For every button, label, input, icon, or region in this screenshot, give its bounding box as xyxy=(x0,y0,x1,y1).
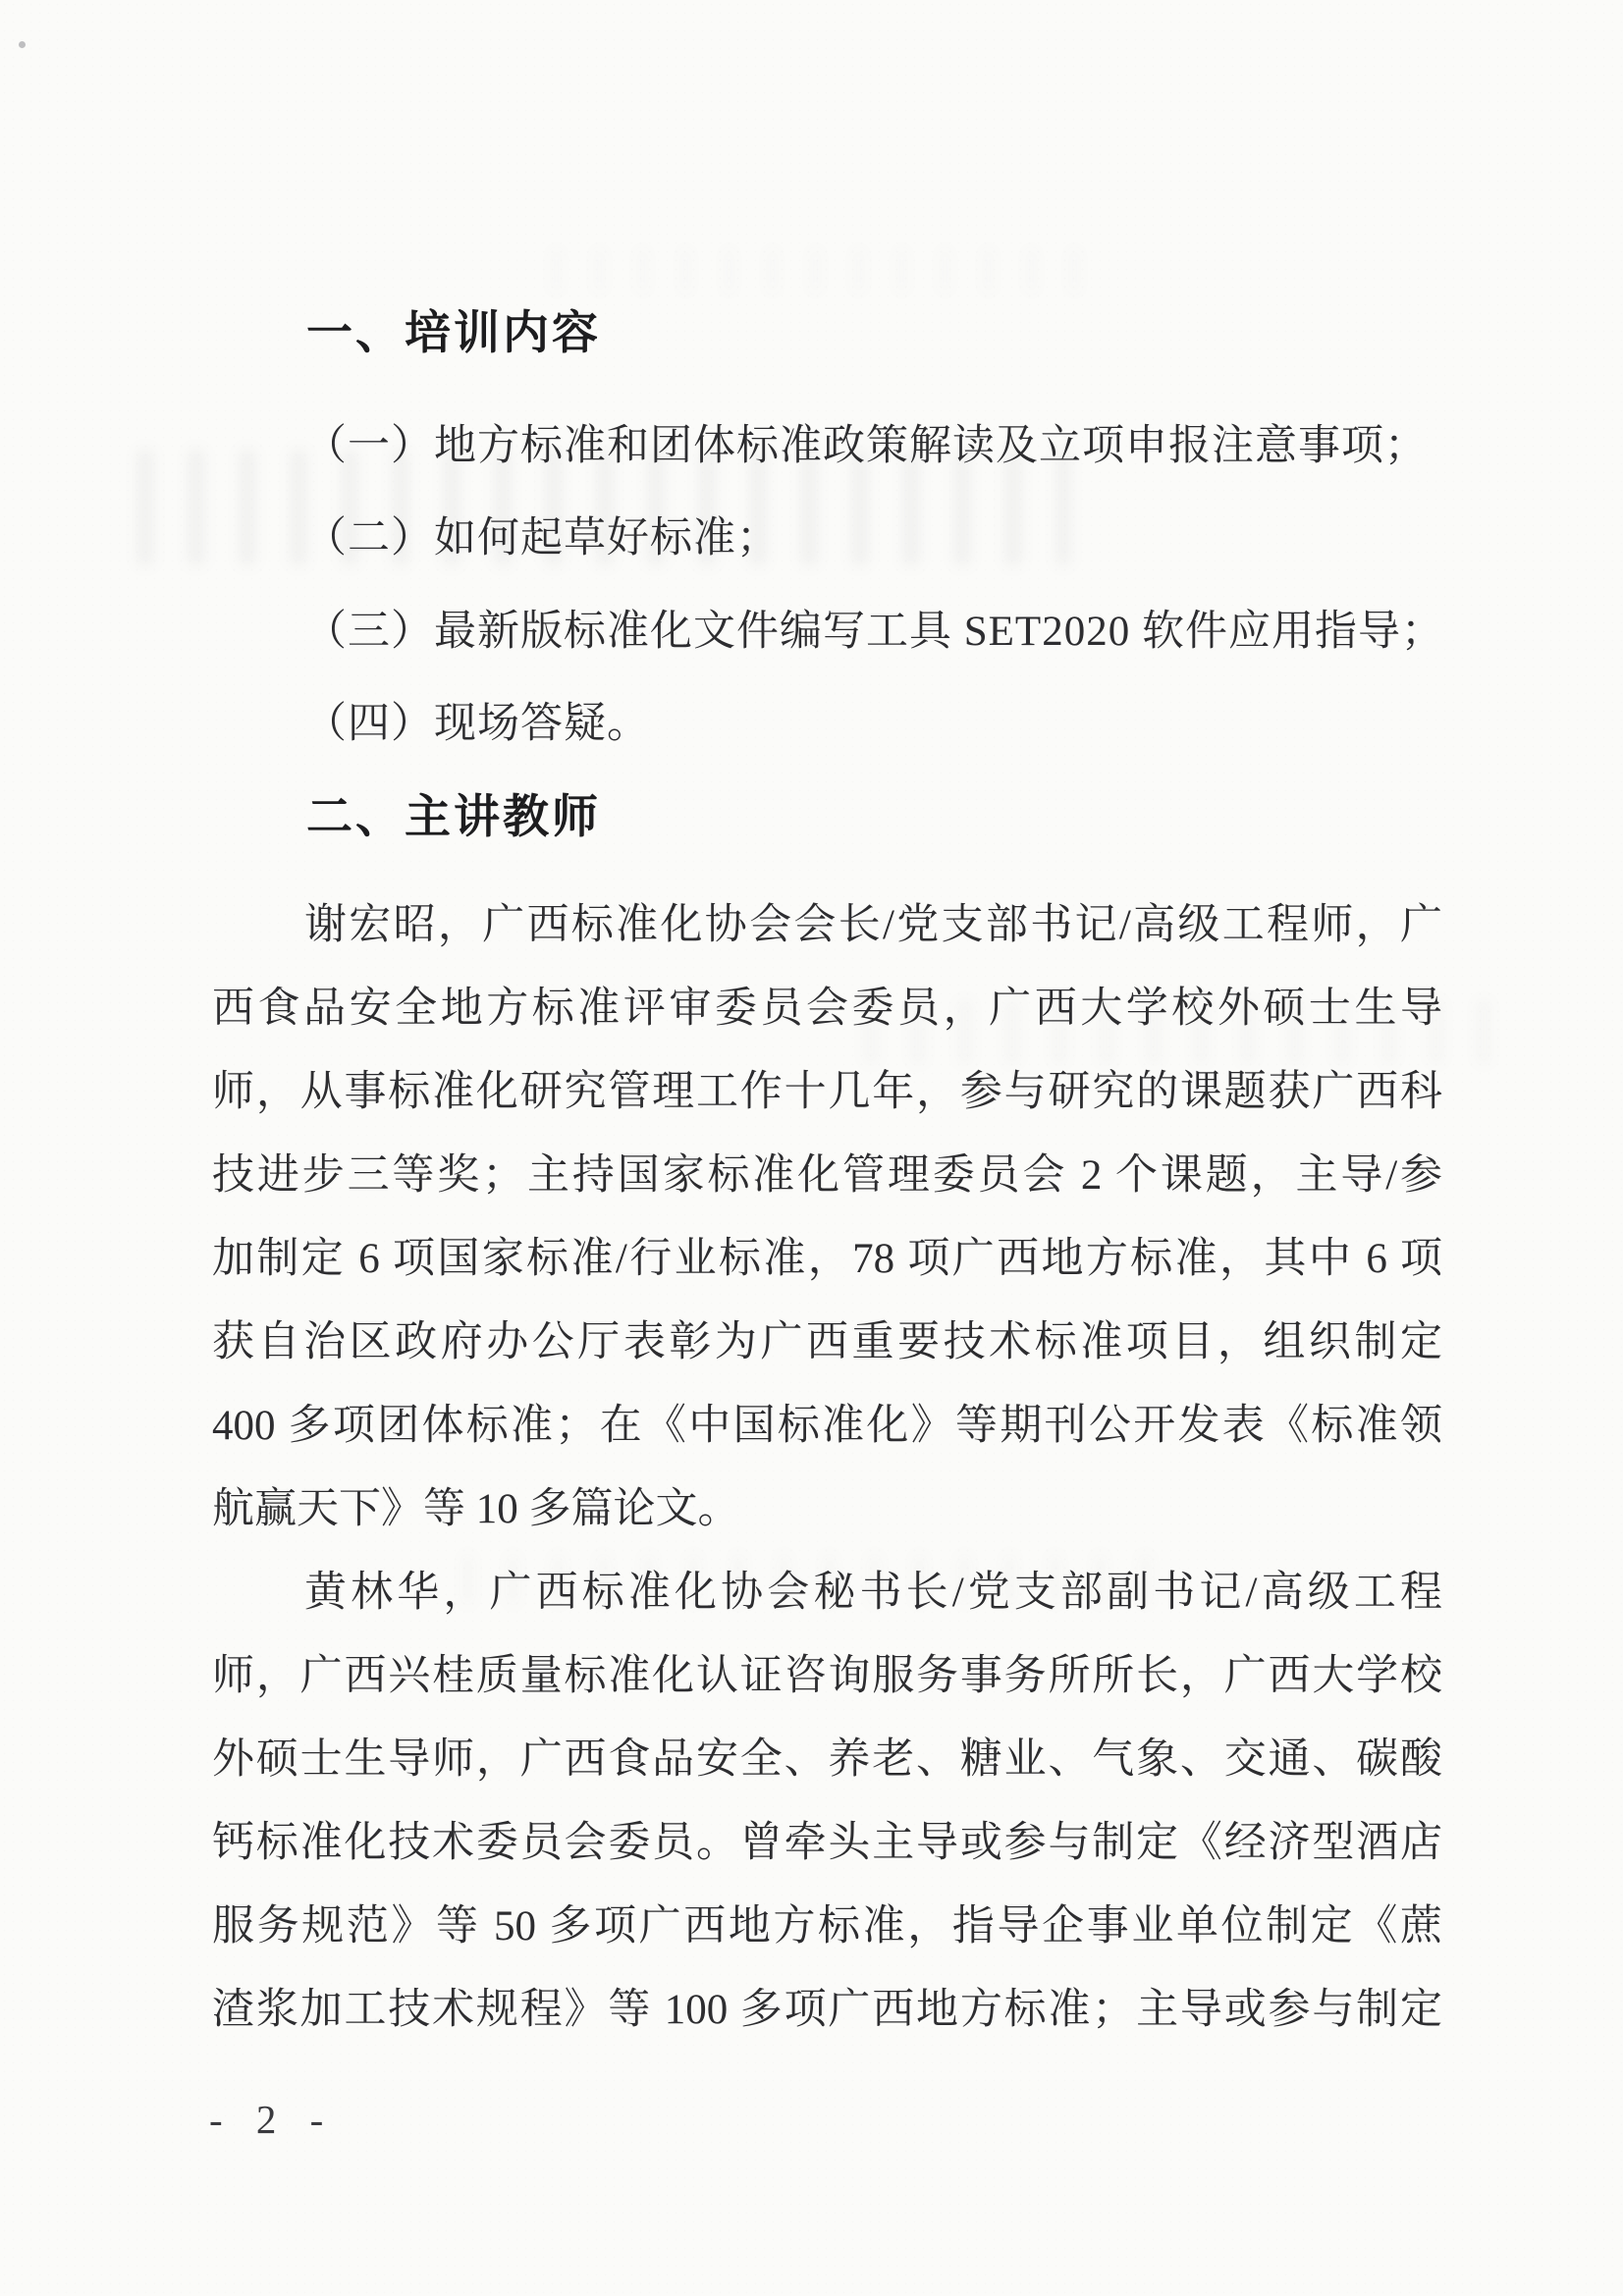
text-line: 外硕士生导师，广西食品安全、养老、糖业、气象、交通、碳酸 xyxy=(212,1718,1442,1801)
scan-speck xyxy=(19,41,26,48)
text-line: 获自治区政府办公厅表彰为广西重要技术标准项目，组织制定 xyxy=(212,1301,1442,1384)
list-item-1: （一）地方标准和团体标准政策解读及立项申报注意事项； xyxy=(212,417,1442,476)
text-line: 黄林华，广西标准化协会秘书长/党支部副书记/高级工程 xyxy=(212,1551,1442,1634)
list-item-3: （三）最新版标准化文件编写工具 SET2020 软件应用指导； xyxy=(212,603,1442,662)
text-line: 400 多项团体标准；在《中国标准化》等期刊公开发表《标准领 xyxy=(212,1384,1442,1468)
page-number: - 2 - xyxy=(209,2094,329,2145)
text-line: 西食品安全地方标准评审委员会委员，广西大学校外硕士生导 xyxy=(212,967,1442,1050)
paragraph-lecturer-1: 谢宏昭，广西标准化协会会长/党支部书记/高级工程师，广 西食品安全地方标准评审委… xyxy=(212,883,1442,1551)
text-line: 加制定 6 项国家标准/行业标准，78 项广西地方标准，其中 6 项 xyxy=(212,1217,1442,1301)
text-line: 师，从事标准化研究管理工作十几年，参与研究的课题获广西科 xyxy=(212,1050,1442,1134)
bleed-through-artifact xyxy=(550,247,1100,294)
text-line: 师，广西兴桂质量标准化认证咨询服务事务所所长，广西大学校 xyxy=(212,1634,1442,1718)
text-line: 谢宏昭，广西标准化协会会长/党支部书记/高级工程师，广 xyxy=(212,883,1442,967)
list-item-2: （二）如何起草好标准； xyxy=(212,509,1442,568)
text-line: 技进步三等奖；主持国家标准化管理委员会 2 个课题，主导/参 xyxy=(212,1134,1442,1217)
paragraph-lecturer-2: 黄林华，广西标准化协会秘书长/党支部副书记/高级工程 师，广西兴桂质量标准化认证… xyxy=(212,1551,1442,2052)
text-line: 服务规范》等 50 多项广西地方标准，指导企事业单位制定《蔗 xyxy=(212,1885,1442,1968)
text-line: 渣浆加工技术规程》等 100 多项广西地方标准；主导或参与制定 xyxy=(212,1968,1442,2052)
list-item-4: （四）现场答疑。 xyxy=(212,695,1442,754)
document-page: 一、培训内容 （一）地方标准和团体标准政策解读及立项申报注意事项； （二）如何起… xyxy=(0,0,1623,2296)
heading-lecturers: 二、主讲教师 xyxy=(212,788,1442,847)
text-line: 航赢天下》等 10 多篇论文。 xyxy=(212,1468,1442,1551)
text-line: 钙标准化技术委员会委员。曾牵头主导或参与制定《经济型酒店 xyxy=(212,1801,1442,1885)
heading-training-content: 一、培训内容 xyxy=(212,304,1442,363)
